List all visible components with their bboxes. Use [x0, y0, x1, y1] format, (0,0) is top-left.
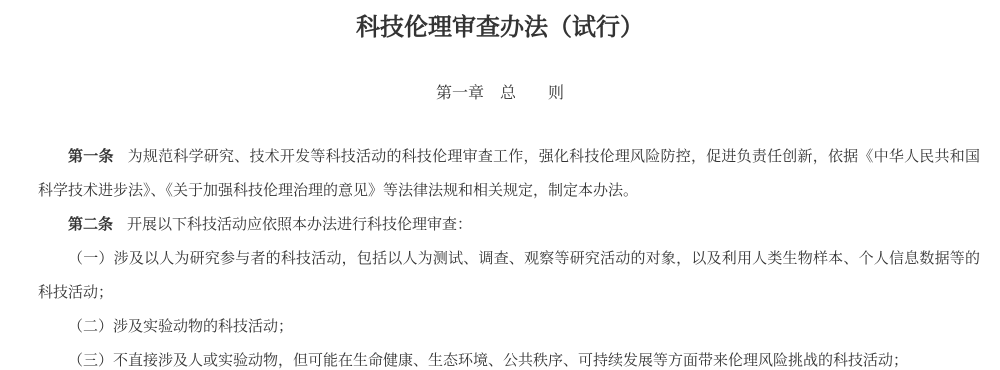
article-text: （三）不直接涉及人或实验动物，但可能在生命健康、生态环境、公共秩序、可持续发展等…	[68, 352, 908, 369]
article-paragraph: （三）不直接涉及人或实验动物，但可能在生命健康、生态环境、公共秩序、可持续发展等…	[38, 344, 980, 370]
article-number: 第二条	[68, 216, 113, 233]
article-text: 开展以下科技活动应依照本办法进行科技伦理审查：	[127, 216, 472, 233]
document-body: 第一条为规范科学研究、技术开发等科技活动的科技伦理审查工作，强化科技伦理风险防控…	[38, 140, 980, 370]
document-page: 科技伦理审查办法（试行） 第一章 总 则 第一条为规范科学研究、技术开发等科技活…	[0, 0, 1000, 370]
chapter-heading: 第一章 总 则	[0, 82, 1000, 106]
article-paragraph: （一）涉及以人为研究参与者的科技活动，包括以人为测试、调查、观察等研究活动的对象…	[38, 242, 980, 310]
article-paragraph: 第一条为规范科学研究、技术开发等科技活动的科技伦理审查工作，强化科技伦理风险防控…	[38, 140, 980, 208]
article-text: 为规范科学研究、技术开发等科技活动的科技伦理审查工作，强化科技伦理风险防控，促进…	[38, 148, 980, 199]
article-text: （一）涉及以人为研究参与者的科技活动，包括以人为测试、调查、观察等研究活动的对象…	[38, 250, 980, 301]
article-paragraph: 第二条开展以下科技活动应依照本办法进行科技伦理审查：	[38, 208, 980, 242]
article-text: （二）涉及实验动物的科技活动；	[68, 318, 293, 335]
article-number: 第一条	[68, 148, 114, 165]
article-paragraph: （二）涉及实验动物的科技活动；	[38, 310, 980, 344]
document-title: 科技伦理审查办法（试行）	[0, 0, 1000, 44]
